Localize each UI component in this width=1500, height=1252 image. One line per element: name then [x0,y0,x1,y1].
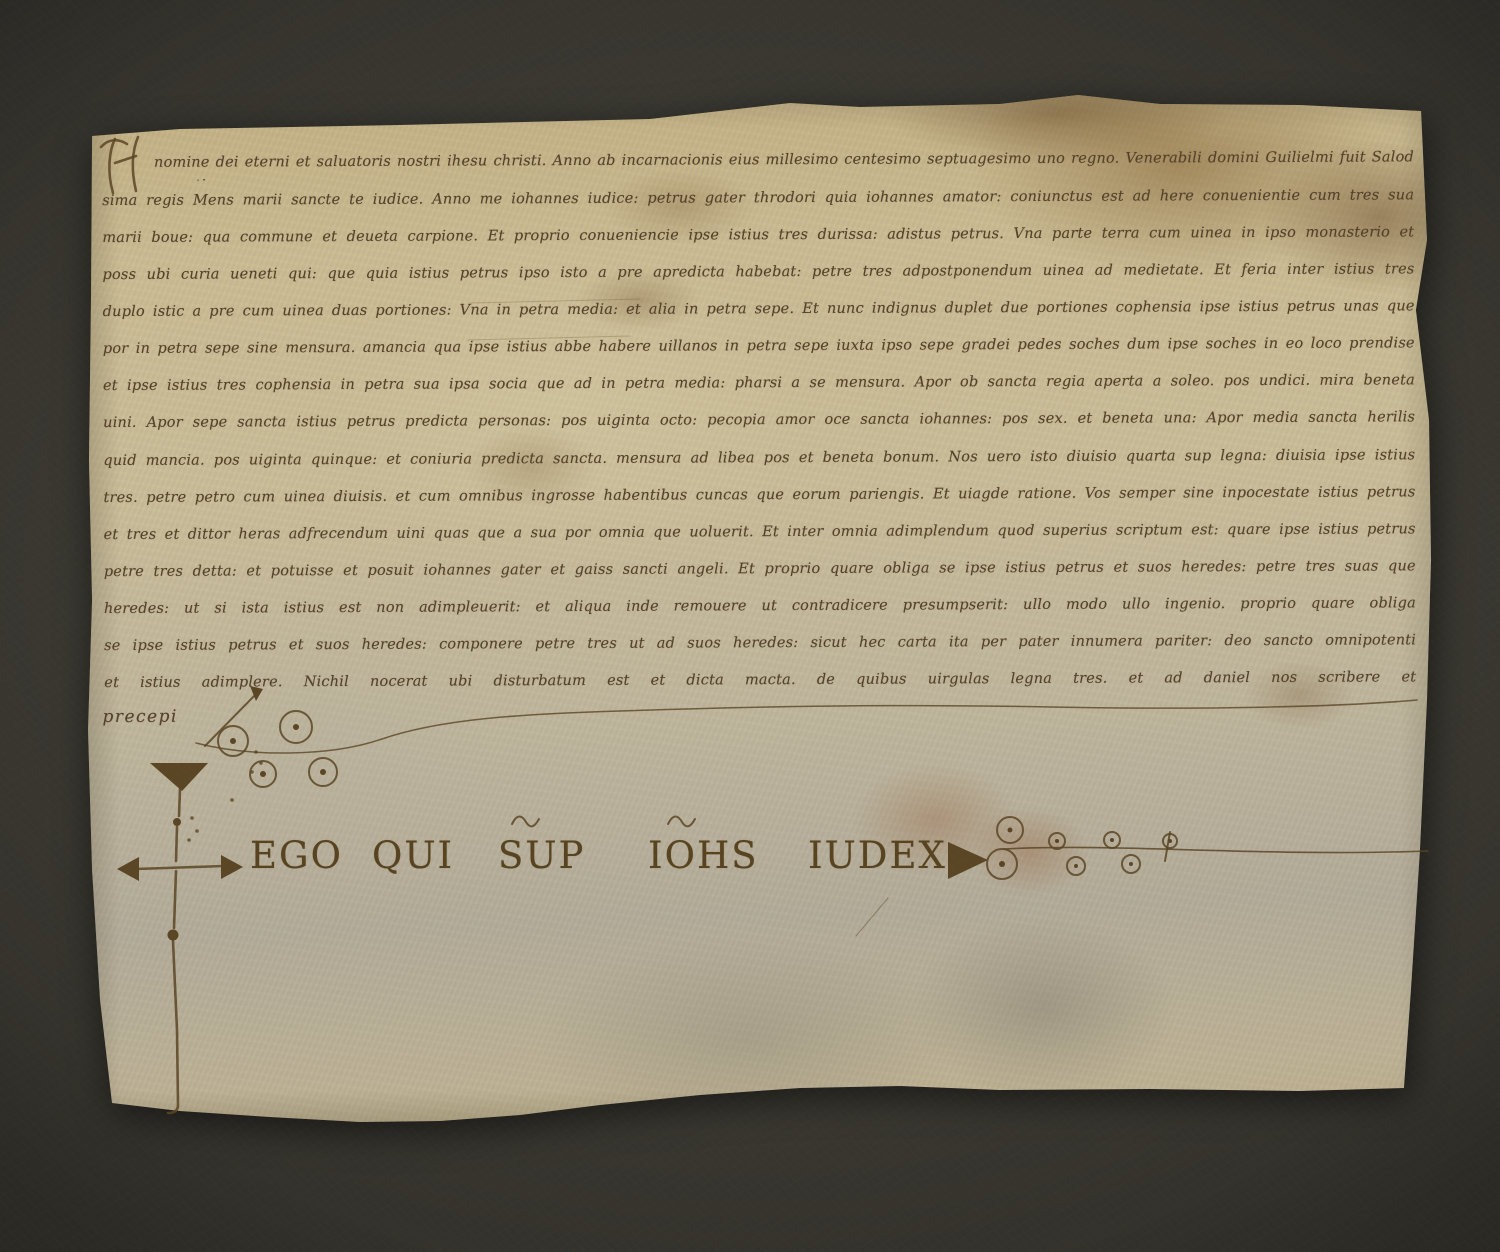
charter-text-line: tres. petre petro cum uinea diuisis. et … [103,481,1415,516]
charter-text-line: poss ubi curia ueneti qui: que quia isti… [102,258,1414,293]
charter-text-line: et tres et dittor heras adfrecendum uini… [104,518,1416,553]
photograph-backdrop: nomine dei eterni et saluatoris nostri i… [0,0,1500,1252]
signature-word-ego: EGO [250,834,343,877]
charter-text-line: quid mancia. pos uiginta quinque: et con… [103,444,1415,479]
charter-text-line: marii boue: qua commune et deueta carpio… [102,221,1414,256]
charter-text-line: heredes: ut si ista istius est non adimp… [104,592,1416,627]
charter-text-line: petre tres detta: et potuisse et posuit … [104,555,1416,590]
charter-text-block: nomine dei eterni et saluatoris nostri i… [0,0,1500,1252]
charter-text-line: et istius adimplere. Nichil nocerat ubi … [104,666,1416,701]
signature-word-qui: QUI [372,834,454,877]
signature-word-iohs: IOHS [648,834,759,877]
charter-text-line: sima regis Mens marii sancte te iudice. … [102,184,1414,219]
charter-text-line: se ipse istius petrus et suos heredes: c… [104,629,1416,664]
signature-word-iudex: IUDEX [808,834,947,877]
charter-text-line: nomine dei eterni et saluatoris nostri i… [102,146,1414,181]
signature-word-sup: SUP [498,834,585,877]
charter-text-line: et ipse istius tres cophensia in petra s… [103,369,1415,404]
closing-word-precepi: precepi [102,707,178,727]
charter-text-line: uini. Apor sepe sancta istius petrus pre… [103,406,1415,441]
charter-text-line: duplo istic a pre cum uinea duas portion… [103,295,1415,330]
charter-text-line: por in petra sepe sine mensura. amancia … [103,332,1415,367]
